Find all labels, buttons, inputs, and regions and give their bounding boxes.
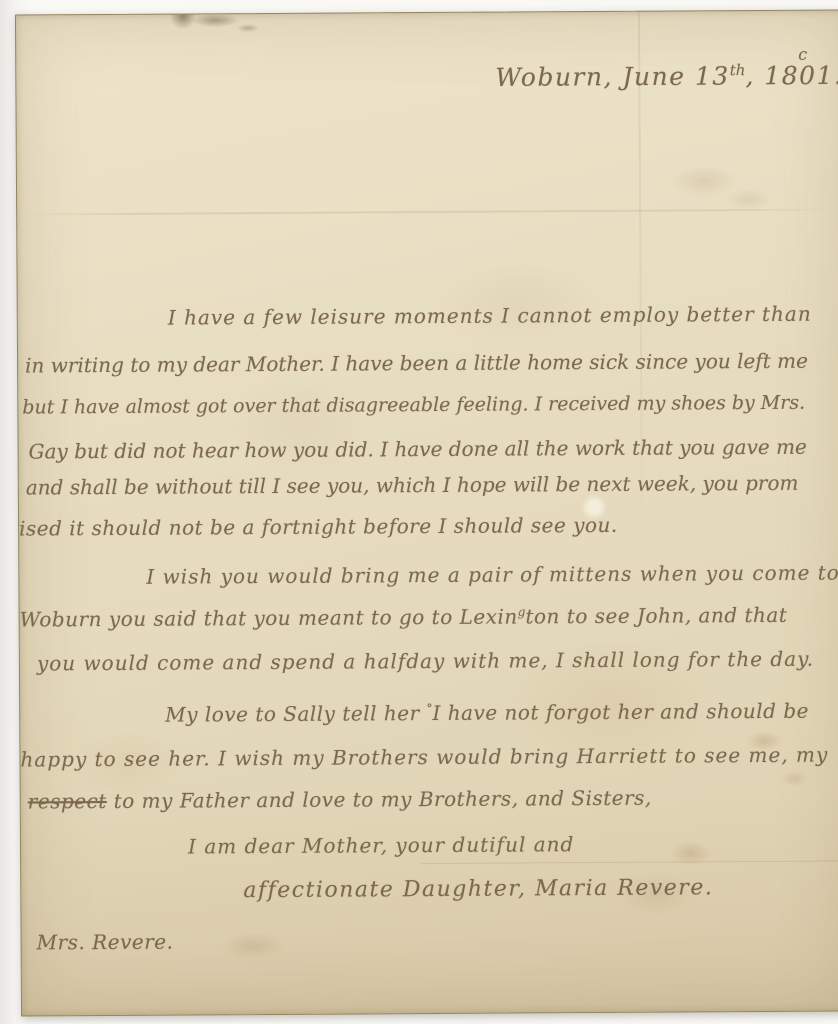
closing-line: I am dear Mother, your dutiful and (188, 832, 574, 858)
struck-word: respect (28, 789, 107, 813)
body-line-1: I have a few leisure moments I cannot em… (168, 302, 812, 330)
dateline: Woburn, June 13th, 1801. (495, 60, 838, 91)
handwritten-text: I wish you would bring me a pair of mitt… (146, 561, 838, 589)
corner-mark: c (798, 45, 807, 64)
handwritten-text: but I have almost got over that disagree… (22, 392, 805, 419)
body-line-2: in writing to my dear Mother. I have bee… (25, 349, 808, 378)
handwritten-text: to my Father and love to my Brothers, an… (107, 786, 652, 813)
handwritten-text: affectionate Daughter, Maria Revere. (243, 875, 713, 903)
handwritten-text: My love to Sally tell her (165, 701, 426, 727)
body-line-3: but I have almost got over that disagree… (22, 392, 805, 419)
handwritten-text: you would come and spend a halfday with … (37, 647, 814, 676)
body-line-11: happy to see her. I wish my Brothers wou… (20, 743, 828, 772)
handwritten-text: and shall be without till I see you, whi… (26, 471, 799, 500)
handwritten-text: I have a few leisure moments I cannot em… (168, 302, 812, 330)
letter-text-layer: Woburn, June 13th, 1801.cI have a few le… (16, 10, 838, 1015)
body-line-5: and shall be without till I see you, whi… (26, 471, 799, 500)
inserted-superscript: g (518, 605, 526, 619)
body-line-10: My love to Sally tell her °I have not fo… (165, 699, 809, 727)
handwritten-text: ised it should not be a fortnight before… (19, 513, 618, 541)
body-line-7: I wish you would bring me a pair of mitt… (146, 561, 838, 589)
body-line-4: Gay but did not hear how you did. I have… (29, 435, 807, 464)
body-line-12: respect to my Father and love to my Brot… (28, 786, 652, 814)
handwritten-text: Woburn you said that you meant to go to … (20, 604, 518, 631)
scanner-background: Woburn, June 13th, 1801.cI have a few le… (0, 0, 838, 1024)
handwritten-text: , 1801. (745, 61, 838, 91)
handwritten-text: ton to see John, and that (525, 603, 787, 629)
handwritten-text: in writing to my dear Mother. I have bee… (25, 349, 808, 378)
body-line-6: ised it should not be a fortnight before… (19, 513, 618, 541)
handwritten-text: I have not forgot her and should be (432, 699, 809, 725)
handwritten-text: I am dear Mother, your dutiful and (188, 832, 574, 858)
handwritten-text: Gay but did not hear how you did. I have… (29, 435, 807, 464)
letter-paper: Woburn, June 13th, 1801.cI have a few le… (15, 9, 838, 1016)
body-line-9: you would come and spend a halfday with … (37, 647, 814, 676)
handwritten-text: happy to see her. I wish my Brothers wou… (20, 743, 828, 772)
handwritten-text: Mrs. Revere. (37, 930, 174, 955)
inserted-superscript: th (730, 61, 746, 79)
handwritten-text: c (798, 45, 807, 64)
address-line: Mrs. Revere. (37, 930, 174, 955)
handwritten-text: Woburn, June 13 (495, 62, 730, 92)
body-line-8: Woburn you said that you meant to go to … (20, 603, 788, 632)
signature-line: affectionate Daughter, Maria Revere. (243, 875, 713, 903)
